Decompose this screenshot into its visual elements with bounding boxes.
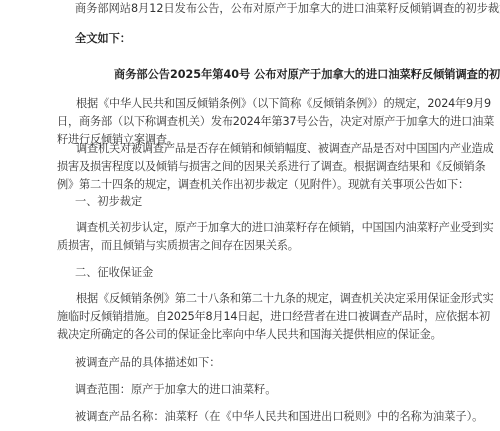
section-heading-preliminary: 一、初步裁定 (75, 193, 142, 211)
section-heading-deposit: 二、征收保证金 (75, 264, 153, 282)
paragraph-investigation: 调查机关对被调查产品是否存在倾销和倾销幅度、被调查产品是否对中国国内产业造成损害… (57, 140, 497, 194)
paragraph-deposit: 根据《反倾销条例》第二十八条和第二十九条的规定，调查机关决定采用保证金形式实施临… (57, 290, 497, 344)
product-name: 被调查产品名称：油菜籽（在《中华人民共和国进出口税则》中的名称为油菜子）。 (75, 408, 483, 426)
investigation-scope: 调查范围：原产于加拿大的进口油菜籽。 (75, 381, 276, 399)
document-title: 商务部公告2025年第40号 公布对原产于加拿大的进口油菜籽反倾销调查的初步裁定 (114, 66, 500, 84)
fulltext-label: 全文如下： (75, 30, 131, 48)
intro-text: 商务部网站8月12日发布公告，公布对原产于加拿大的进口油菜籽反倾销调查的初步裁定… (75, 0, 500, 18)
product-description-label: 被调查产品的具体描述如下： (75, 354, 220, 372)
paragraph-preliminary-finding: 调查机关初步认定，原产于加拿大的进口油菜籽存在倾销，中国国内油菜籽产业受到实质损… (57, 219, 497, 255)
